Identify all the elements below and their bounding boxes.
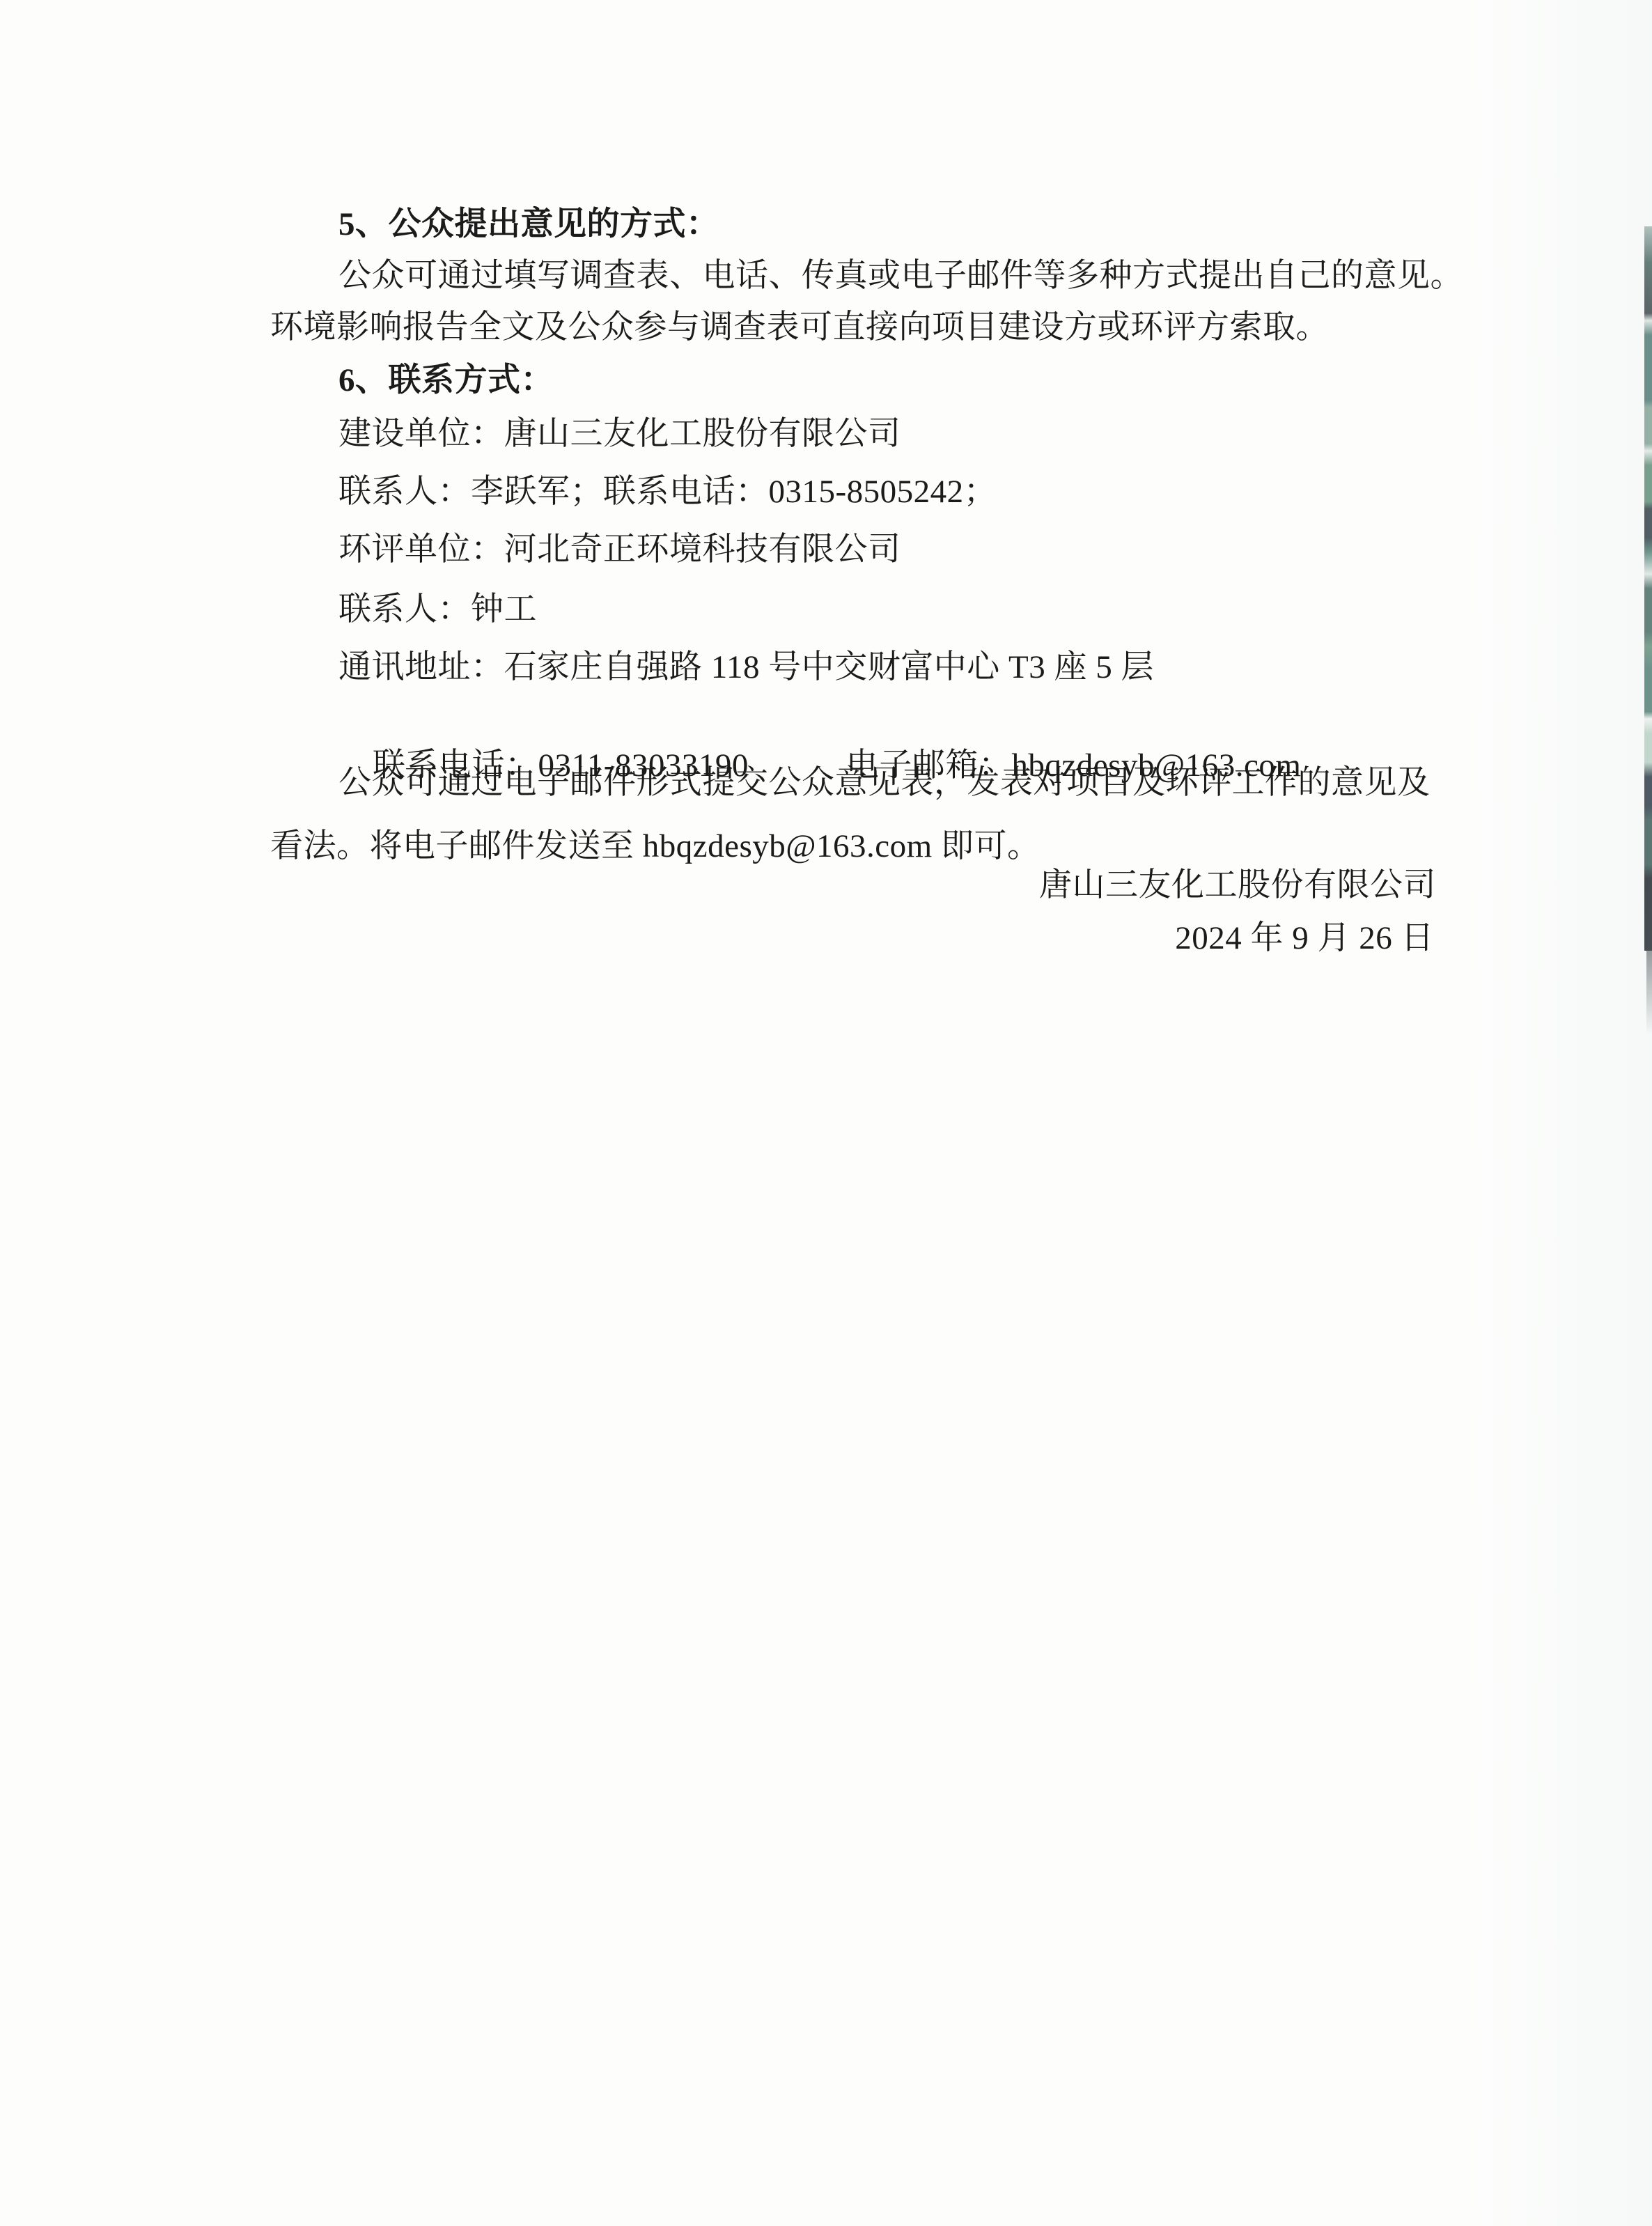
construction-contact-line: 联系人：李跃军；联系电话：0315-8505242； (338, 472, 997, 512)
section5-heading: 5、公众提出意见的方式： (338, 204, 719, 244)
section5-paragraph-line1: 公众可通过填写调查表、电话、传真或电子邮件等多种方式提出自己的意见。 (338, 256, 1463, 296)
eia-contact-line: 联系人：钟工 (338, 589, 537, 630)
signature-date: 2024 年 9 月 26 日 (1175, 918, 1434, 958)
construction-unit-line: 建设单位：唐山三友化工股份有限公司 (338, 414, 901, 454)
eia-unit-line: 环评单位：河北奇正环境科技有限公司 (338, 529, 901, 570)
signature-company: 唐山三友化工股份有限公司 (1039, 865, 1436, 905)
scan-edge-artifact-fade (1646, 951, 1652, 1034)
section6-heading: 6、联系方式： (338, 360, 554, 400)
address-line: 通讯地址：石家庄自强路 118 号中交财富中心 T3 座 5 层 (338, 647, 1154, 687)
section5-paragraph-line2: 环境影响报告全文及公众参与调查表可直接向项目建设方或环评方索取。 (270, 307, 1329, 348)
scanned-document-page: 5、公众提出意见的方式： 公众可通过填写调查表、电话、传真或电子邮件等多种方式提… (0, 0, 1652, 2226)
closing-line1: 公众可通过电子邮件形式提交公众意见表，发表对项目及环评工作的意见及 (338, 763, 1431, 803)
scan-edge-artifact (1644, 226, 1652, 951)
closing-line2: 看法。将电子邮件发送至 hbqzdesyb@163.com 即可。 (270, 826, 1040, 866)
